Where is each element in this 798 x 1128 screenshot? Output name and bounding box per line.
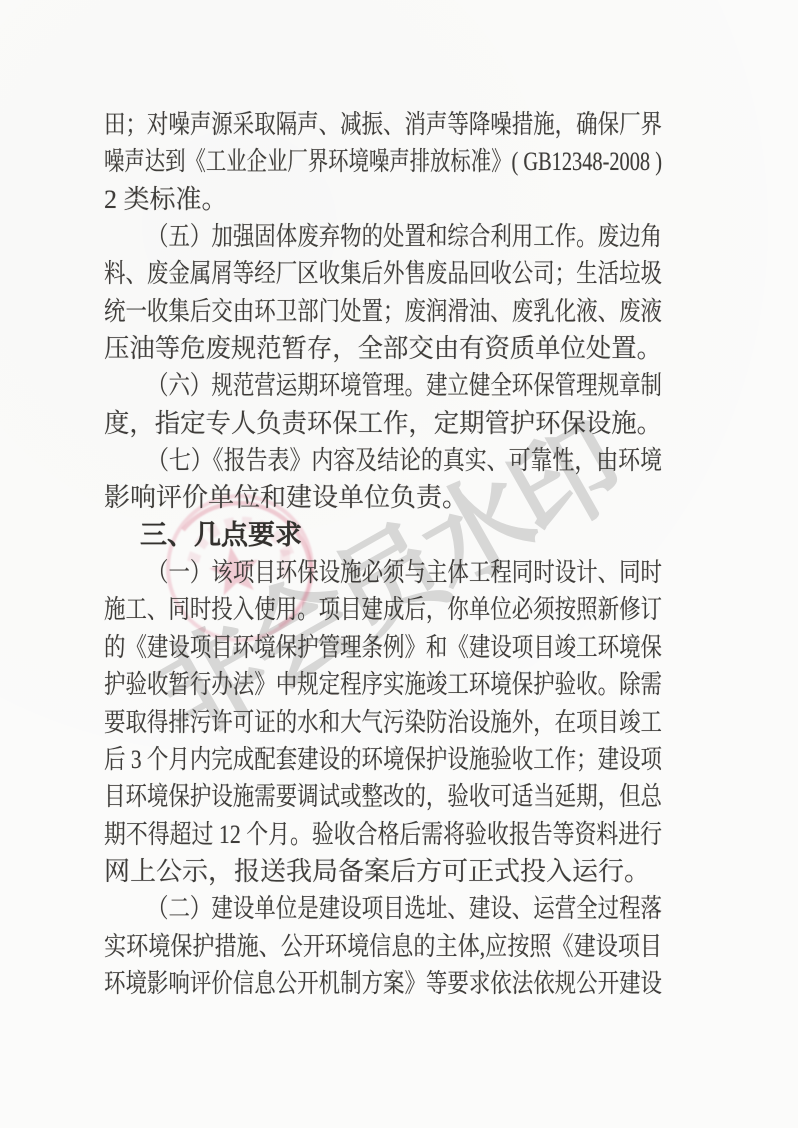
text-line-content: 统一收集后交由环卫部门处置；废润滑油、废乳化液、废液 bbox=[104, 293, 662, 330]
text-line-content: 压油等危废规范暂存，全部交由有资质单位处置。 bbox=[104, 330, 662, 367]
text-line-content: 影响评价单位和建设单位负责。 bbox=[104, 479, 468, 516]
text-line: 目环境保护设施需要调试或整改的，验收可适当延期，但总 bbox=[104, 778, 662, 815]
text-line-content: （一）该项目环保设施必须与主体工程同时设计、同时 bbox=[147, 554, 662, 591]
text-line: 影响评价单位和建设单位负责。 bbox=[104, 479, 662, 516]
text-line-content: 料、废金属屑等经厂区收集后外售废品回收公司；生活垃圾 bbox=[104, 255, 662, 292]
text-line-content: 三、几点要求 bbox=[140, 517, 302, 554]
document-page: 非会员水印 田；对噪声源采取隔声、减振、消声等降噪措施，确保厂界噪声达到《工业企… bbox=[0, 0, 798, 1128]
text-line-content: 的《建设项目环境保护管理条例》和《建设项目竣工环境保 bbox=[104, 629, 662, 666]
document-body: 田；对噪声源采取隔声、减振、消声等降噪措施，确保厂界噪声达到《工业企业厂界环境噪… bbox=[104, 106, 662, 1002]
text-line-content: 实环境保护措施、公开环境信息的主体,应按照《建设项目 bbox=[104, 928, 662, 965]
text-line: （七）《报告表》内容及结论的真实、可靠性，由环境 bbox=[104, 442, 662, 479]
text-line-content: （二）建设单位是建设项目选址、建设、运营全过程落 bbox=[147, 890, 662, 927]
text-line-content: 要取得排污许可证的水和大气污染防治设施外，在项目竣工 bbox=[104, 704, 662, 741]
text-line: 噪声达到《工业企业厂界环境噪声排放标准》( GB12348-2008 ) bbox=[104, 143, 662, 180]
text-line-content: 护验收暂行办法》中规定程序实施竣工环境保护验收。除需 bbox=[104, 666, 662, 703]
text-line-content: 田；对噪声源采取隔声、减振、消声等降噪措施，确保厂界 bbox=[104, 106, 662, 143]
text-line-content: （五）加强固体废弃物的处置和综合利用工作。废边角 bbox=[147, 218, 662, 255]
text-line-content: 施工、同时投入使用。项目建成后，你单位必须按照新修订 bbox=[104, 591, 662, 628]
text-line: （一）该项目环保设施必须与主体工程同时设计、同时 bbox=[104, 554, 662, 591]
text-line-content: 网上公示，报送我局备案后方可正式投入运行。 bbox=[104, 853, 650, 890]
text-line: 料、废金属屑等经厂区收集后外售废品回收公司；生活垃圾 bbox=[104, 255, 662, 292]
text-line: 压油等危废规范暂存，全部交由有资质单位处置。 bbox=[104, 330, 662, 367]
text-line-content: 噪声达到《工业企业厂界环境噪声排放标准》( GB12348-2008 ) bbox=[104, 143, 662, 180]
text-line-content: （六）规范营运期环境管理。建立健全环保管理规章制 bbox=[147, 367, 662, 404]
text-line: 实环境保护措施、公开环境信息的主体,应按照《建设项目 bbox=[104, 928, 662, 965]
text-line-content: 2 类标准。 bbox=[104, 181, 228, 218]
text-line: 田；对噪声源采取隔声、减振、消声等降噪措施，确保厂界 bbox=[104, 106, 662, 143]
text-line: 要取得排污许可证的水和大气污染防治设施外，在项目竣工 bbox=[104, 704, 662, 741]
text-line: （五）加强固体废弃物的处置和综合利用工作。废边角 bbox=[104, 218, 662, 255]
text-line: 度，指定专人负责环保工作，定期管护环保设施。 bbox=[104, 405, 662, 442]
text-line: 后 3 个月内完成配套建设的环境保护设施验收工作；建设项 bbox=[104, 741, 662, 778]
text-line-content: 环境影响评价信息公开机制方案》等要求依法依规公开建设 bbox=[104, 965, 662, 1002]
text-line: 的《建设项目环境保护管理条例》和《建设项目竣工环境保 bbox=[104, 629, 662, 666]
text-line-content: 后 3 个月内完成配套建设的环境保护设施验收工作；建设项 bbox=[104, 741, 662, 778]
text-line: 环境影响评价信息公开机制方案》等要求依法依规公开建设 bbox=[104, 965, 662, 1002]
text-line-content: 目环境保护设施需要调试或整改的，验收可适当延期，但总 bbox=[104, 778, 662, 815]
text-line: 2 类标准。 bbox=[104, 181, 662, 218]
text-line-content: 期不得超过 12 个月。验收合格后需将验收报告等资料进行 bbox=[104, 816, 662, 853]
text-line: （二）建设单位是建设项目选址、建设、运营全过程落 bbox=[104, 890, 662, 927]
text-line: 网上公示，报送我局备案后方可正式投入运行。 bbox=[104, 853, 662, 890]
text-line: 护验收暂行办法》中规定程序实施竣工环境保护验收。除需 bbox=[104, 666, 662, 703]
text-line: 期不得超过 12 个月。验收合格后需将验收报告等资料进行 bbox=[104, 816, 662, 853]
text-line-content: 度，指定专人负责环保工作，定期管护环保设施。 bbox=[104, 405, 662, 442]
text-line-content: （七）《报告表》内容及结论的真实、可靠性，由环境 bbox=[147, 442, 662, 479]
text-line: 统一收集后交由环卫部门处置；废润滑油、废乳化液、废液 bbox=[104, 293, 662, 330]
section-heading: 三、几点要求 bbox=[104, 517, 662, 554]
text-line: （六）规范营运期环境管理。建立健全环保管理规章制 bbox=[104, 367, 662, 404]
text-line: 施工、同时投入使用。项目建成后，你单位必须按照新修订 bbox=[104, 591, 662, 628]
